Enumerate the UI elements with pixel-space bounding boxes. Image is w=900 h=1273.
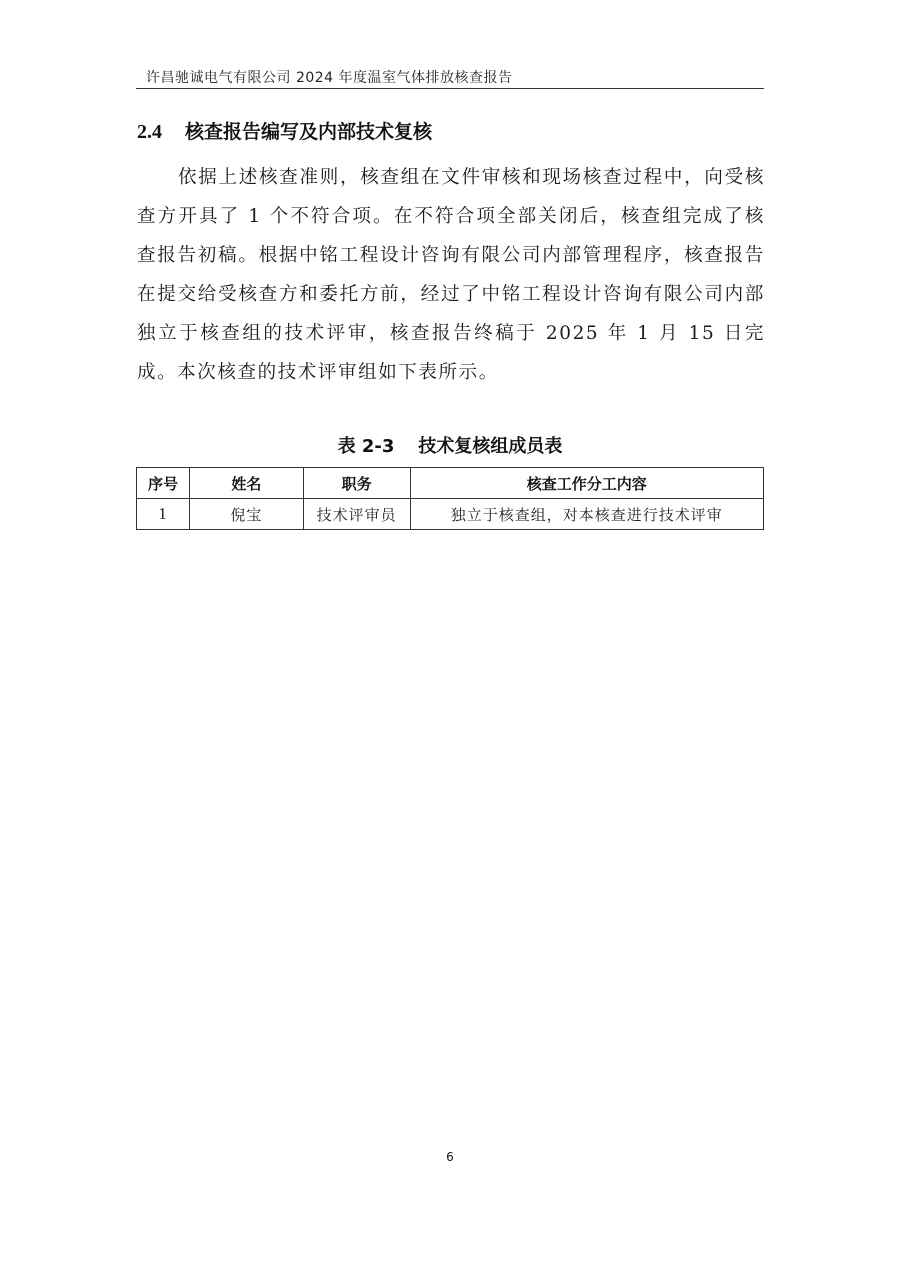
column-header-index: 序号 bbox=[137, 468, 190, 499]
cell-index: 1 bbox=[137, 499, 190, 530]
cell-duty: 独立于核查组，对本核查进行技术评审 bbox=[410, 499, 763, 530]
cell-position: 技术评审员 bbox=[303, 499, 410, 530]
column-header-duty: 核查工作分工内容 bbox=[410, 468, 763, 499]
section-title: 核查报告编写及内部技术复核 bbox=[185, 121, 432, 143]
section-number: 2.4 bbox=[137, 121, 185, 144]
column-header-position: 职务 bbox=[303, 468, 410, 499]
section-heading: 2.4核查报告编写及内部技术复核 bbox=[137, 117, 432, 144]
review-team-table: 序号 姓名 职务 核查工作分工内容 1 倪宝 技术评审员 独立于核查组，对本核查… bbox=[136, 467, 764, 530]
table-caption-number: 表 2-3 bbox=[338, 436, 395, 457]
column-header-name: 姓名 bbox=[189, 468, 303, 499]
page-number: 6 bbox=[0, 1150, 900, 1164]
table-header-row: 序号 姓名 职务 核查工作分工内容 bbox=[137, 468, 764, 499]
header-divider bbox=[136, 88, 764, 89]
table-caption: 表 2-3技术复核组成员表 bbox=[0, 432, 900, 458]
cell-name: 倪宝 bbox=[189, 499, 303, 530]
running-header: 许昌驰诚电气有限公司 2024 年度温室气体排放核查报告 bbox=[146, 67, 513, 87]
table-caption-title: 技术复核组成员表 bbox=[418, 436, 562, 457]
table-row: 1 倪宝 技术评审员 独立于核查组，对本核查进行技术评审 bbox=[137, 499, 764, 530]
body-paragraph: 依据上述核查准则，核查组在文件审核和现场核查过程中，向受核查方开具了 1 个不符… bbox=[137, 158, 765, 392]
